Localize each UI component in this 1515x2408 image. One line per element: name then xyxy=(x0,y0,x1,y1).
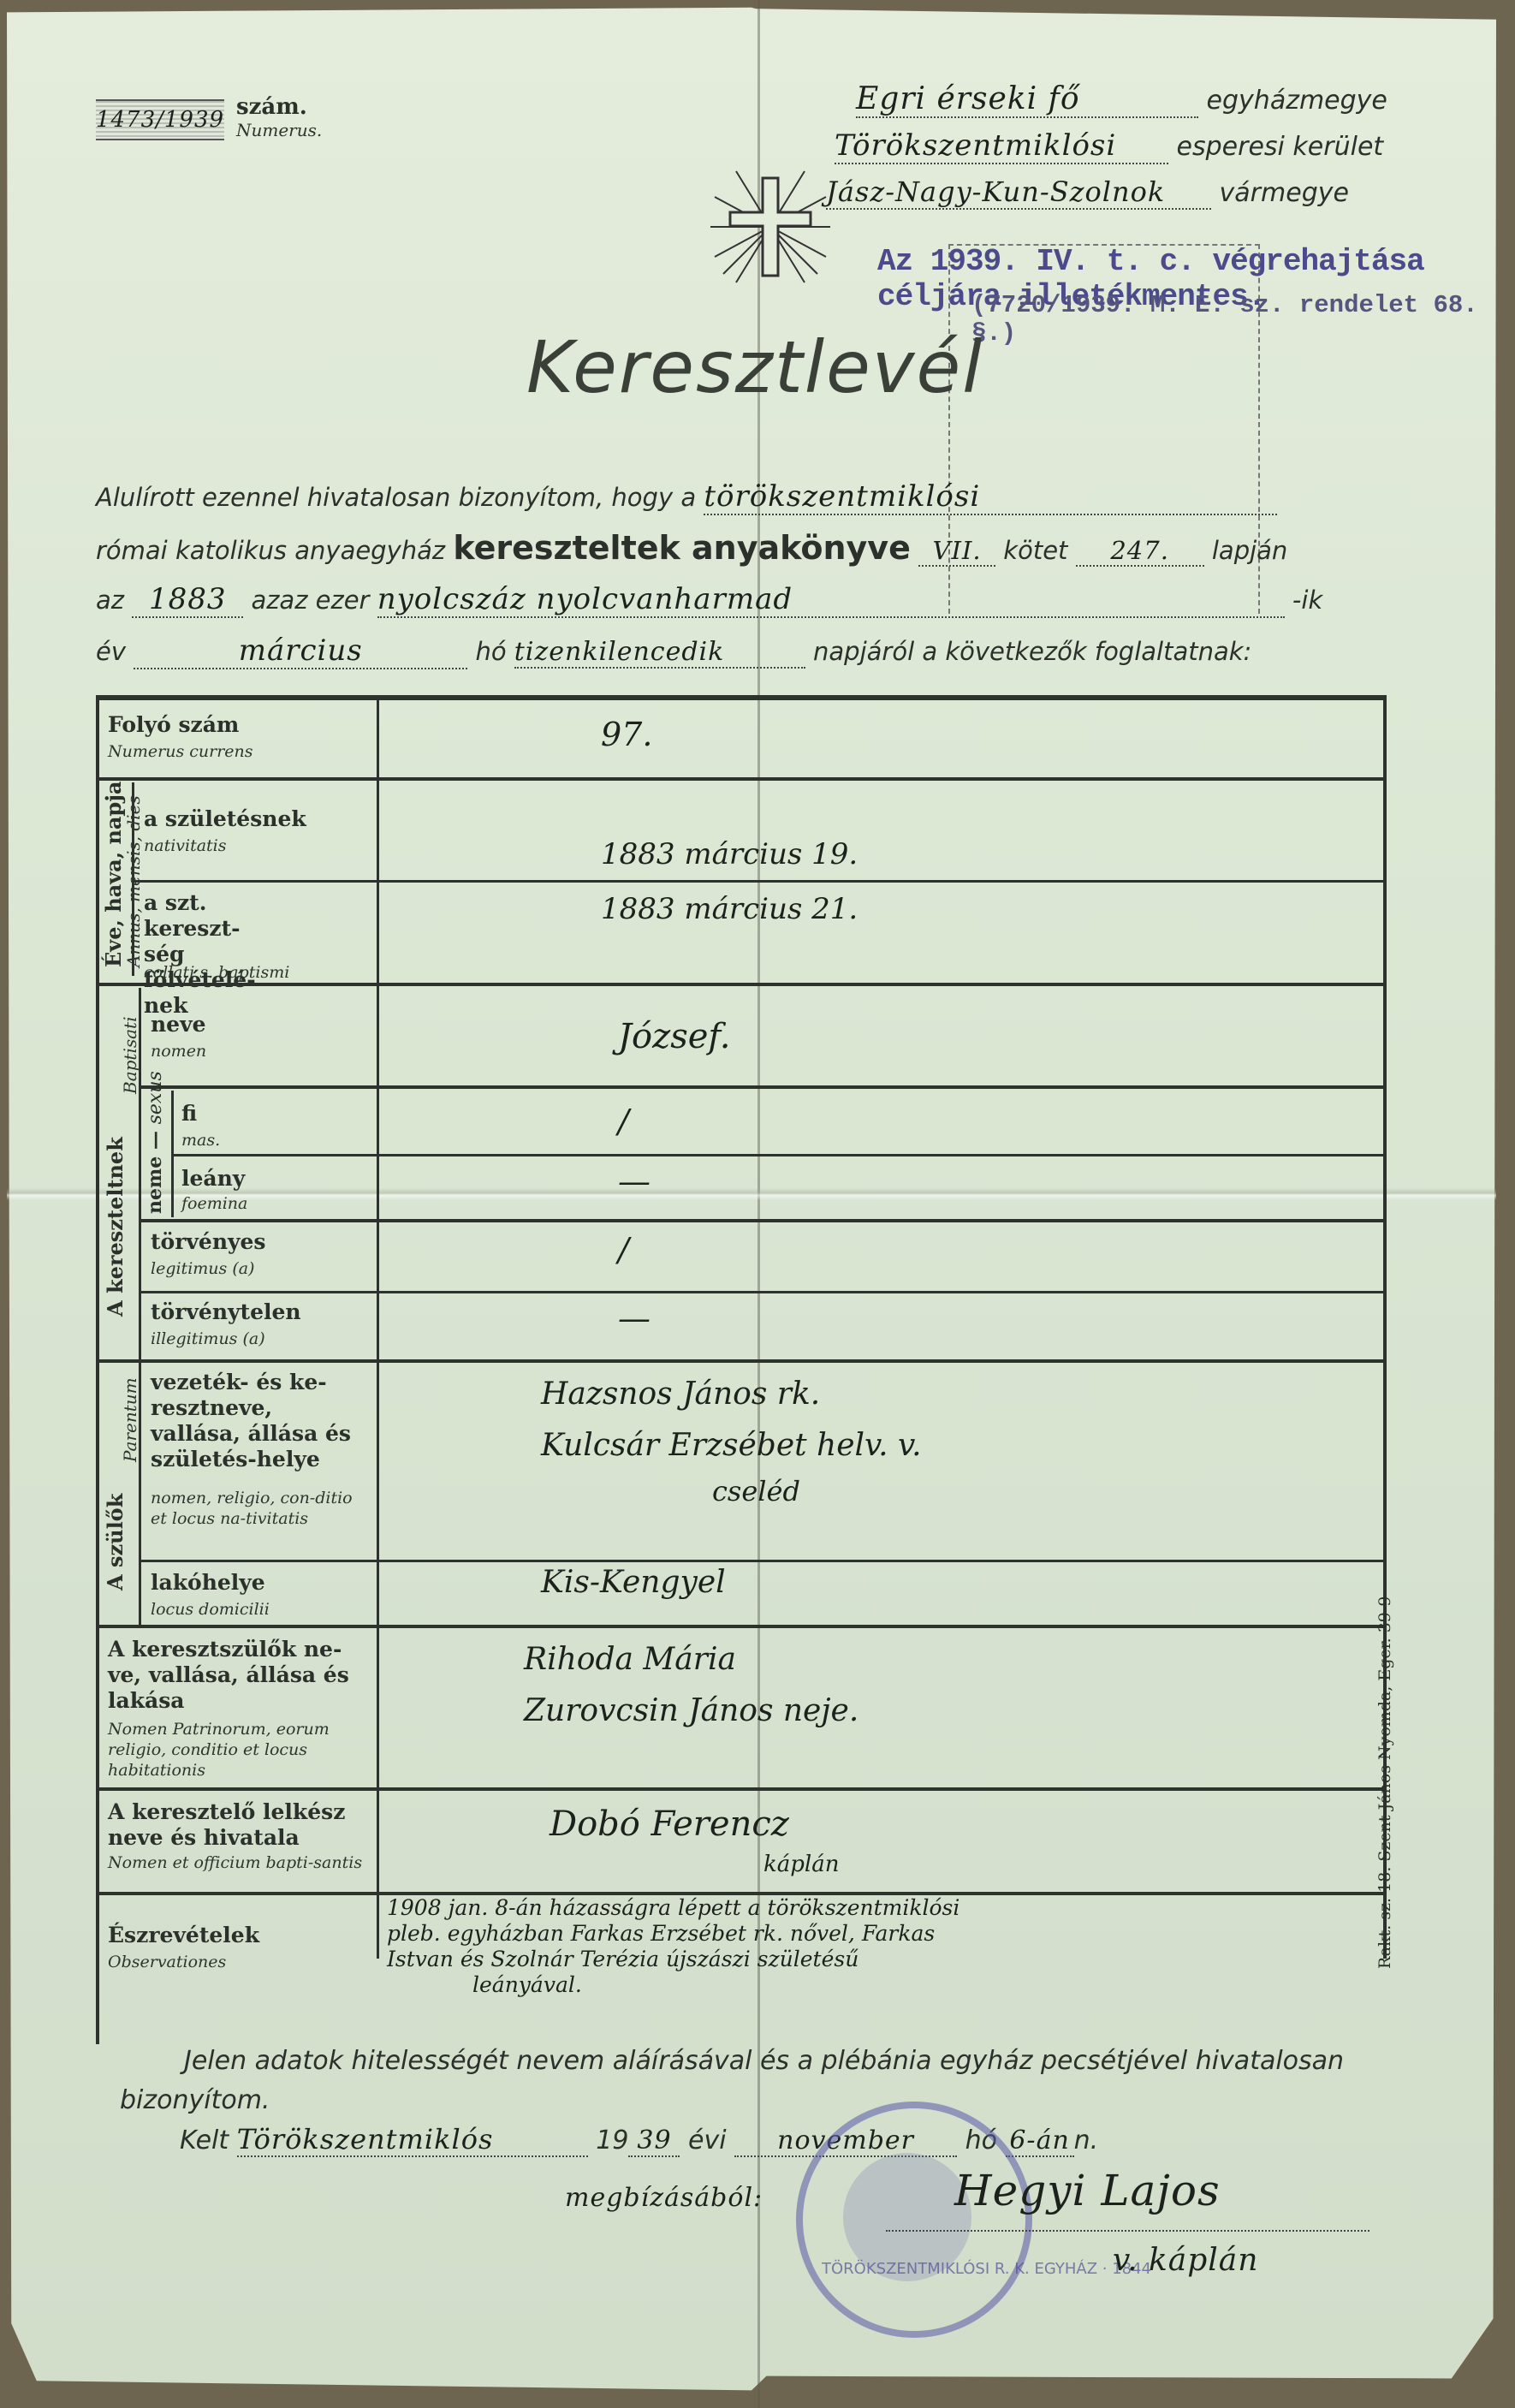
row-latin-residence: locus domicilii xyxy=(151,1599,270,1620)
baptism-record-table: Folyó szám Numerus currens 97. Éve, hava… xyxy=(96,695,1387,2044)
row-label-female: leány xyxy=(181,1166,245,1192)
intro-line-2: római katolikus anyaegyház kereszteltek … xyxy=(96,529,1397,567)
county-value: Jász-Nagy-Kun-Szolnok xyxy=(826,175,1211,210)
birth-date-value: 1883 március 19. xyxy=(601,837,858,871)
year-prefix: 19 xyxy=(596,2126,628,2155)
father-value: Hazsnos János rk. xyxy=(541,1376,820,1412)
row-divider xyxy=(96,1787,1387,1791)
female-mark-value: — xyxy=(618,1162,651,1200)
priest-name-value: Dobó Ferencz xyxy=(550,1805,789,1844)
row-label-serial: Folyó szám xyxy=(108,712,239,738)
kelt-label: Kelt xyxy=(180,2126,229,2155)
intro-text-2a: római katolikus anyaegyház xyxy=(96,536,445,565)
row-label-legitimate: törvényes xyxy=(151,1229,266,1255)
attestation-line-1: Jelen adatok hitelességét nevem aláírásá… xyxy=(184,2046,1344,2076)
diocese-value: Egri érseki fő xyxy=(856,81,1198,118)
intro-line-4: év március hó tizenkilencedik napjáról a… xyxy=(96,633,1397,669)
row-latin-baptism: collati s. baptismi xyxy=(144,962,289,983)
attestation-line-2: bizonyítom. xyxy=(120,2085,270,2115)
row-latin-male: mas. xyxy=(181,1130,220,1150)
row-latin-female: foemina xyxy=(181,1193,247,1214)
diocese-line: Egri érseki fő egyházmegye xyxy=(856,81,1395,118)
row-divider xyxy=(139,1219,1387,1222)
intro-text-1: Alulírott ezennel hivatalosan bizonyítom… xyxy=(96,483,696,512)
subgroup-label-sex: neme — sexus xyxy=(142,1071,169,1214)
page-value: 247. xyxy=(1076,536,1204,567)
printer-imprint: Rakt. sz. 18. Szent János Nyomda, Eger. … xyxy=(1375,1596,1394,1969)
subgroup-latin-text: sexus xyxy=(145,1071,166,1124)
row-divider xyxy=(139,1085,1387,1089)
observation-line-3: Istvan és Szolnár Terézia újszászi szüle… xyxy=(387,1947,858,1971)
mother-occupation-value: cseléd xyxy=(712,1475,800,1507)
group-label-baptized: A kereszteltnek xyxy=(103,1137,128,1317)
row-divider xyxy=(139,1560,1387,1562)
priest-title-value: káplán xyxy=(763,1852,839,1877)
intro-line-3: az 1883 azaz ezer nyolcszáz nyolcvanharm… xyxy=(96,582,1397,618)
row-label-observations: Észrevételek xyxy=(108,1923,259,1948)
volume-label: kötet xyxy=(1003,536,1067,565)
row-divider xyxy=(96,1359,1387,1363)
row-label-residence: lakóhelye xyxy=(151,1570,265,1596)
county-line: Jász-Nagy-Kun-Szolnok vármegye xyxy=(826,175,1399,210)
cross-with-rays-icon xyxy=(698,163,843,291)
legitimate-mark-value: / xyxy=(618,1231,629,1269)
issue-place-value: Törökszentmiklós xyxy=(237,2123,588,2157)
issue-year-value: 39 xyxy=(628,2126,680,2157)
year-words-value: nyolcszáz nyolcvanharmad xyxy=(377,582,1285,618)
table-border-left xyxy=(96,700,99,2044)
row-latin-birth: nativitatis xyxy=(144,835,227,856)
on-behalf-note: megbízásából: xyxy=(565,2183,763,2213)
row-divider xyxy=(139,1291,1387,1293)
row-label-illegitimate: törvénytelen xyxy=(151,1299,301,1325)
row-divider xyxy=(96,983,1387,986)
mother-value: Kulcsár Erzsébet helv. v. xyxy=(541,1428,922,1463)
baptism-date-value: 1883 március 21. xyxy=(601,892,858,926)
value-column-divider xyxy=(377,700,379,1959)
document-title: Keresztlevél xyxy=(526,325,984,409)
page-label: lapján xyxy=(1212,536,1287,565)
intro-line-1: Alulírott ezennel hivatalosan bizonyítom… xyxy=(96,479,1388,515)
child-name-value: József. xyxy=(618,1017,730,1056)
row-latin-legitimate: legitimus (a) xyxy=(151,1258,254,1279)
row-label-birth: a születésnek xyxy=(144,806,306,832)
male-mark-value: / xyxy=(618,1103,629,1140)
godmother-value: Rihoda Mária xyxy=(524,1642,736,1677)
row-latin-serial: Numerus currens xyxy=(108,741,253,762)
illegitimate-mark-value: — xyxy=(618,1299,651,1337)
row-divider xyxy=(132,880,1387,883)
row-divider xyxy=(96,777,1387,781)
row-label-parents-names: vezeték- és ke-resztneve, vallása, állás… xyxy=(151,1370,365,1472)
row-latin-parents-names: nomen, religio, con-ditio et locus na-ti… xyxy=(151,1488,365,1529)
intro-text-4c: napjáról a következők foglaltatnak: xyxy=(813,637,1251,666)
group-latin-baptized: Baptisati xyxy=(120,1017,140,1094)
diocese-label: egyházmegye xyxy=(1207,86,1387,116)
row-latin-priest: Nomen et officium bapti-santis xyxy=(108,1852,373,1873)
row-label-baptism: a szt. kereszt-ség fölvételé-nek xyxy=(144,890,264,1019)
observation-line-1: 1908 jan. 8-án házasságra lépett a török… xyxy=(387,1895,960,1920)
n-label: n. xyxy=(1074,2126,1099,2155)
parish-value: törökszentmiklósi xyxy=(704,479,1277,515)
county-label: vármegye xyxy=(1220,178,1349,208)
signature-title: v. káplán xyxy=(1113,2243,1258,2278)
intro-text-3a: az xyxy=(96,586,124,615)
subgroup-label-text: neme xyxy=(144,1156,166,1214)
parish-seal-text: TÖRÖKSZENTMIKLÓSI R. K. EGYHÁZ · 1844 xyxy=(822,2260,1151,2278)
row-label-name: neve xyxy=(151,1012,206,1038)
intro-text-3c: -ik xyxy=(1292,586,1322,615)
row-divider xyxy=(171,1154,1387,1156)
number-label: szám. xyxy=(236,94,307,120)
evi-label: évi xyxy=(688,2126,727,2155)
register-number-field: 1473/1939 xyxy=(96,99,224,140)
row-latin-observations: Observationes xyxy=(108,1952,226,1972)
row-divider xyxy=(96,1625,1387,1628)
number-label-latin: Numerus. xyxy=(236,120,322,140)
residence-value: Kis-Kengyel xyxy=(541,1565,726,1600)
group-latin-parents: Parentum xyxy=(120,1377,140,1462)
intro-text-4a: év xyxy=(96,637,126,666)
signature: Hegyi Lajos xyxy=(954,2166,1221,2215)
intro-text-3b: azaz ezer xyxy=(251,586,369,615)
row-latin-illegitimate: illegitimus (a) xyxy=(151,1329,265,1349)
row-latin-godparents: Nomen Patrinorum, eorum religio, conditi… xyxy=(108,1719,373,1781)
intro-text-4b: hó xyxy=(475,637,506,666)
row-label-priest: A keresztelő lelkész neve és hivatala xyxy=(108,1799,373,1851)
day-value: tizenkilencedik xyxy=(514,637,805,669)
register-name: kereszteltek anyakönyve xyxy=(453,529,911,567)
group-label-parents: A szülők xyxy=(103,1494,128,1590)
deanery-value: Törökszentmiklósi xyxy=(835,128,1168,164)
year-value: 1883 xyxy=(132,582,243,618)
row-label-godparents: A keresztszülők ne-ve, vallása, állása é… xyxy=(108,1637,373,1714)
serial-number-value: 97. xyxy=(601,716,652,753)
row-label-male: fi xyxy=(181,1101,197,1127)
signature-line xyxy=(886,2230,1369,2232)
deanery-label: esperesi kerület xyxy=(1177,132,1384,162)
volume-value: VII. xyxy=(918,536,995,567)
register-number-value: 1473/1939 xyxy=(96,107,224,133)
observation-line-4: leányával. xyxy=(472,1972,582,1997)
month-value: március xyxy=(134,633,467,669)
issue-day-value: 6-án xyxy=(1006,2126,1074,2157)
godmother-husband-value: Zurovcsin János neje. xyxy=(524,1693,858,1728)
observation-line-2: pleb. egyházban Farkas Erzsébet rk. nőve… xyxy=(387,1921,935,1946)
row-latin-name: nomen xyxy=(151,1041,206,1061)
tax-exempt-stamp-line2: (7720/1939. M. E. sz. rendelet 68. §.) xyxy=(971,291,1515,348)
deanery-line: Törökszentmiklósi esperesi kerület xyxy=(835,128,1399,164)
